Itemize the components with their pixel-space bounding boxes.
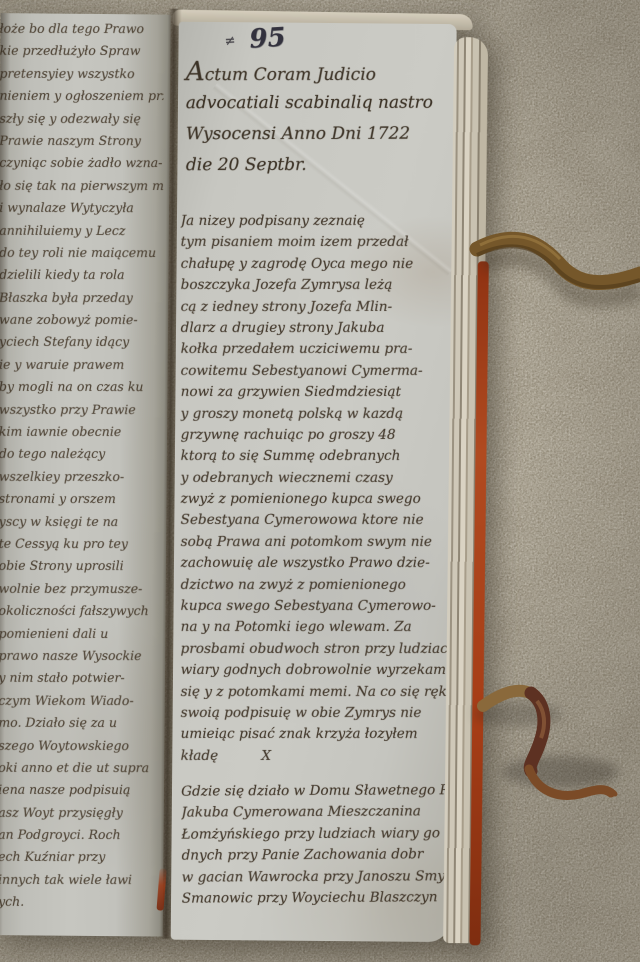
handwritten-line: nowi za grzywien Siedmdziesiąt: [181, 382, 447, 403]
handwritten-line-fragment: dzielili kiedy ta rola: [0, 264, 163, 287]
handwritten-line: dzictwo na zwyż z pomienionego: [181, 575, 447, 596]
handwritten-line-fragment: obie Strony uprosili: [0, 555, 163, 578]
handwritten-line-fragment: wane zobowyż pomie-: [0, 309, 163, 332]
handwritten-line-fragment: kim iawnie obecnie: [0, 421, 163, 444]
handwritten-line-fragment: nieniem y ogłoszeniem przy: [0, 85, 163, 108]
page-number: 95: [249, 23, 287, 55]
handwritten-line: grzywnę rachuiąc po groszy 48: [181, 425, 447, 446]
handwritten-line-fragment: te Cessyą ku pro tey: [0, 533, 163, 556]
handwritten-line: umieiąc pisać znak krzyża łozyłem: [181, 724, 447, 745]
handwritten-line: y odebranych wiecznemi czasy: [181, 468, 447, 489]
handwritten-line-fragment: by mogli na on czas ku: [0, 376, 163, 399]
handwritten-line-fragment: prawo nasze Wysockie: [0, 645, 163, 668]
handwritten-line-fragment: pomienieni dali u: [0, 622, 163, 645]
leather-tie-knot: [530, 693, 544, 771]
handwritten-line-fragment: Błaszka była przeday: [0, 286, 163, 309]
left-page-text: łoże bo dla tego Prawokie przedłużyło Sp…: [0, 18, 164, 914]
handwritten-line-fragment: i wynalaze Wytyczyła: [0, 197, 163, 220]
handwritten-line-fragment: szły się y odezwały się: [0, 107, 163, 130]
handwritten-line: Ja nizey podpisany zeznaię: [181, 211, 447, 232]
right-page: ≠ 95 Actum Coram Judicioadvocatiali scab…: [171, 22, 457, 942]
handwritten-line: prosbami obudwoch stron przy ludziach: [181, 639, 447, 660]
act-body: Ja nizey podpisany zeznaiętym pisaniem m…: [181, 211, 447, 767]
act-heading: Actum Coram Judicioadvocatiali scabinali…: [186, 57, 450, 181]
handwritten-line: zachowuię ale wszystko Prawo dzie-: [181, 553, 447, 574]
handwritten-line-fragment: kie przedłużyło Spraw: [0, 40, 164, 63]
handwritten-line: y groszy monetą polską w kazdą: [181, 403, 447, 424]
handwritten-line: dnych przy Panie Zachowania dobr: [182, 844, 446, 867]
leather-tie-tail-tip: [598, 789, 615, 794]
leather-tie-shadow: [502, 756, 618, 788]
handwritten-line-fragment: ie y waruie prawem: [0, 354, 163, 377]
handwritten-line: boszczyka Jozefa Zymrysa leżą: [181, 275, 447, 296]
handwritten-line: kładę X: [181, 746, 447, 767]
manuscript-book: łoże bo dla tego Prawokie przedłużyło Sp…: [0, 7, 503, 947]
handwritten-heading-line: Wysocensi Anno Dni 1722: [186, 119, 450, 150]
handwritten-line: kupca swego Sebestyana Cymerowo-: [181, 596, 447, 617]
act-closing: Gdzie się działo w Domu Sławetnego PanaJ…: [181, 780, 446, 910]
handwritten-line-fragment: iena nasze podpisuią: [0, 779, 162, 802]
handwritten-line-fragment: annihiluiemy y Lecz: [0, 219, 163, 242]
leather-strap-top-edge: [477, 246, 640, 287]
handwritten-line-fragment: asz Woyt przysięgły: [0, 801, 162, 824]
handwritten-line: na y na Potomki iego wlewam. Za: [181, 617, 447, 638]
handwritten-line-fragment: okoliczności fałszywych: [0, 600, 163, 623]
left-page: łoże bo dla tego Prawokie przedłużyło Sp…: [0, 13, 171, 936]
handwritten-line: cowitemu Sebestyanowi Cymerma-: [181, 361, 447, 382]
leather-strap-top: [477, 239, 640, 282]
handwritten-line-fragment: do tego należący: [0, 443, 163, 466]
handwritten-line: swoią podpisuię w obie Zymrys nie: [181, 703, 447, 724]
handwritten-line-fragment: mo. Działo się za u: [0, 712, 162, 735]
handwritten-line: chałupę y zagrodę Oyca mego nie: [181, 254, 447, 275]
handwritten-line-fragment: wszystko przy Prawie: [0, 398, 163, 421]
handwritten-line: cą z iedney strony Jozefa Mlin-: [181, 296, 447, 317]
photo-scene: łoże bo dla tego Prawokie przedłużyło Sp…: [0, 0, 640, 962]
margin-mark: ≠: [224, 33, 236, 49]
handwritten-line-fragment: wolnie bez przymusze-: [0, 577, 163, 600]
handwritten-line: Gdzie się działo w Domu Sławetnego Pana: [181, 780, 445, 803]
handwritten-line: dlarz a drugiey strony Jakuba: [181, 318, 447, 339]
handwritten-line-fragment: oki anno et die ut supra: [0, 757, 162, 780]
handwritten-line-fragment: wszelkiey przeszko-: [0, 466, 163, 489]
handwritten-line-fragment: yciech Stefany idący: [0, 331, 163, 354]
handwritten-line: wiary godnych dobrowolnie wyrzekam: [181, 660, 447, 681]
handwritten-line-fragment: do tey roli nie maiącemu: [0, 242, 163, 265]
handwritten-line: Sebestyana Cymerowowa ktore nie: [181, 510, 447, 531]
handwritten-line-fragment: szego Woytowskiego: [0, 734, 162, 757]
handwritten-line-fragment: y nim stało potwier-: [0, 667, 162, 690]
handwritten-line: kołka przedałem ucziciwemu pra-: [181, 339, 447, 360]
handwritten-line-fragment: czyniąc sobie żadło wzna-: [0, 152, 163, 175]
handwritten-heading-line: die 20 Septbr.: [186, 150, 450, 181]
handwritten-line-fragment: łoże bo dla tego Prawo: [0, 18, 164, 41]
handwritten-line: ktorą to się Summę odebranych: [181, 446, 447, 467]
leather-tie-knot-highlight: [537, 701, 544, 738]
handwritten-line-fragment: pretensyiey wszystko: [0, 62, 164, 85]
handwritten-line-fragment: yscy w księgi te na: [0, 510, 163, 533]
handwritten-line: w gacian Wawrocka przy Janoszu Smy: [182, 866, 446, 889]
handwritten-line-fragment: ech Kuźniar przy: [0, 846, 162, 869]
handwritten-line-fragment: an Podgroyci. Roch: [0, 824, 162, 847]
leather-tie-tail: [529, 769, 611, 795]
handwritten-line-fragment: stronami y orszem: [0, 488, 163, 511]
leather-strap-top-shadow: [482, 257, 640, 298]
handwritten-line: tym pisaniem moim izem przedał: [181, 232, 447, 253]
handwritten-line-fragment: Prawie naszym Strony: [0, 130, 163, 153]
handwritten-heading-line: advocatiali scabinaliq nastro: [186, 88, 450, 119]
handwritten-line: Smanowic przy Woyciechu Blaszczyn: [182, 887, 446, 910]
handwritten-line: Łomżyńskiego przy ludziach wiary go: [181, 823, 445, 846]
handwritten-line: Jakuba Cymerowana Mieszczanina: [181, 802, 445, 825]
handwritten-line-fragment: ło się tak na pierwszym mia-: [0, 174, 163, 197]
handwritten-line: się y z potomkami memi. Na co się ręką: [181, 681, 447, 702]
handwritten-line-fragment: czym Wiekom Wiado-: [0, 689, 162, 712]
page-number-row: ≠ 95: [224, 23, 287, 57]
handwritten-line-fragment: ych.: [0, 891, 162, 914]
handwritten-line: sobą Prawa ani potomkom swym nie: [181, 532, 447, 553]
handwritten-line: zwyż z pomienionego kupca swego: [181, 489, 447, 510]
handwritten-heading-line: Actum Coram Judicio: [186, 57, 450, 88]
handwritten-line-fragment: innych tak wiele ławi: [0, 869, 162, 892]
